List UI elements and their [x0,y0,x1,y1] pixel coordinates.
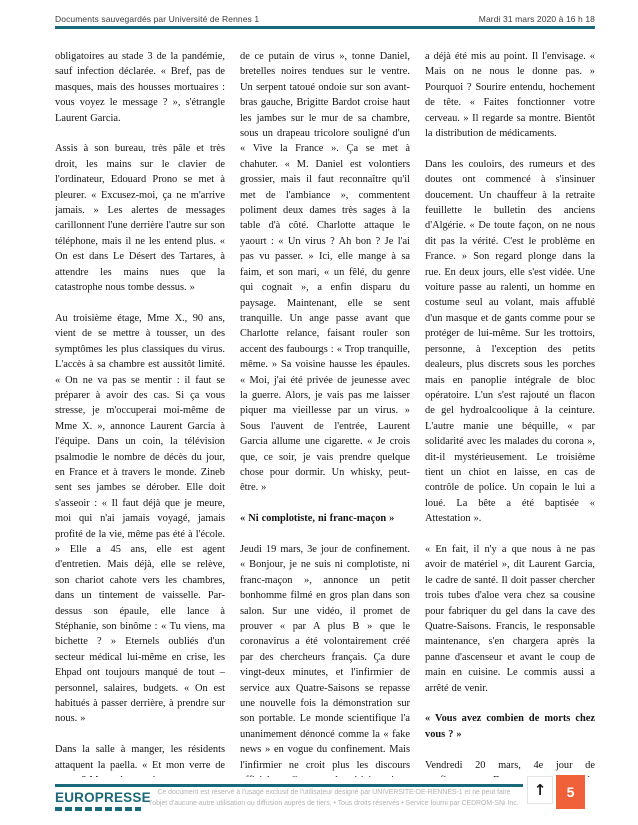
article-body: obligatoires au stade 3 de la pandémie, … [55,49,595,777]
up-arrow-icon: ↑ [534,783,547,798]
footer-rule [55,784,523,787]
text-column-3: a déjà été mis au point. Il l'envisage. … [425,49,595,777]
header-rule [55,26,595,29]
footer-disclaimer: Ce document est réservé à l'usage exclus… [143,788,525,809]
document-page: Documents sauvegardés par Université de … [0,0,638,825]
header-saved-by: Documents sauvegardés par Université de … [55,14,259,24]
europresse-logo-text: EUROPRESSE [55,790,150,805]
europresse-logo-tagline [55,807,141,811]
page-number-badge: 5 [556,775,585,809]
disclaimer-line-1: Ce document est réservé à l'usage exclus… [143,788,525,799]
europresse-logo: EUROPRESSE [55,790,150,811]
header-date: Mardi 31 mars 2020 à 16 h 18 [479,14,595,24]
paragraph: Dans la salle à manger, les résidents at… [55,742,225,777]
paragraph: obligatoires au stade 3 de la pandémie, … [55,49,225,126]
paragraph: Au troisième étage, Mme X., 90 ans, vien… [55,311,225,727]
paragraph: a déjà été mis au point. Il l'envisage. … [425,49,595,141]
paragraph: Jeudi 19 mars, 3e jour de confinement. «… [240,542,410,777]
paragraph: Assis à son bureau, très pâle et très dr… [55,141,225,295]
section-heading: « Ni complotiste, ni franc-maçon » [240,511,410,526]
text-column-2: de ce putain de virus », tonne Daniel, b… [240,49,410,777]
paragraph: de ce putain de virus », tonne Daniel, b… [240,49,410,496]
disclaimer-line-2: l'objet d'aucune autre utilisation ou di… [143,799,525,810]
scroll-to-top-button[interactable]: ↑ [527,776,553,804]
text-column-1: obligatoires au stade 3 de la pandémie, … [55,49,225,777]
page-number: 5 [567,784,575,800]
paragraph: « En fait, il n'y a que nous à ne pas av… [425,542,595,696]
section-heading: « Vous avez combien de morts chez vous ?… [425,711,595,742]
paragraph: Dans les couloirs, des rumeurs et des do… [425,157,595,527]
